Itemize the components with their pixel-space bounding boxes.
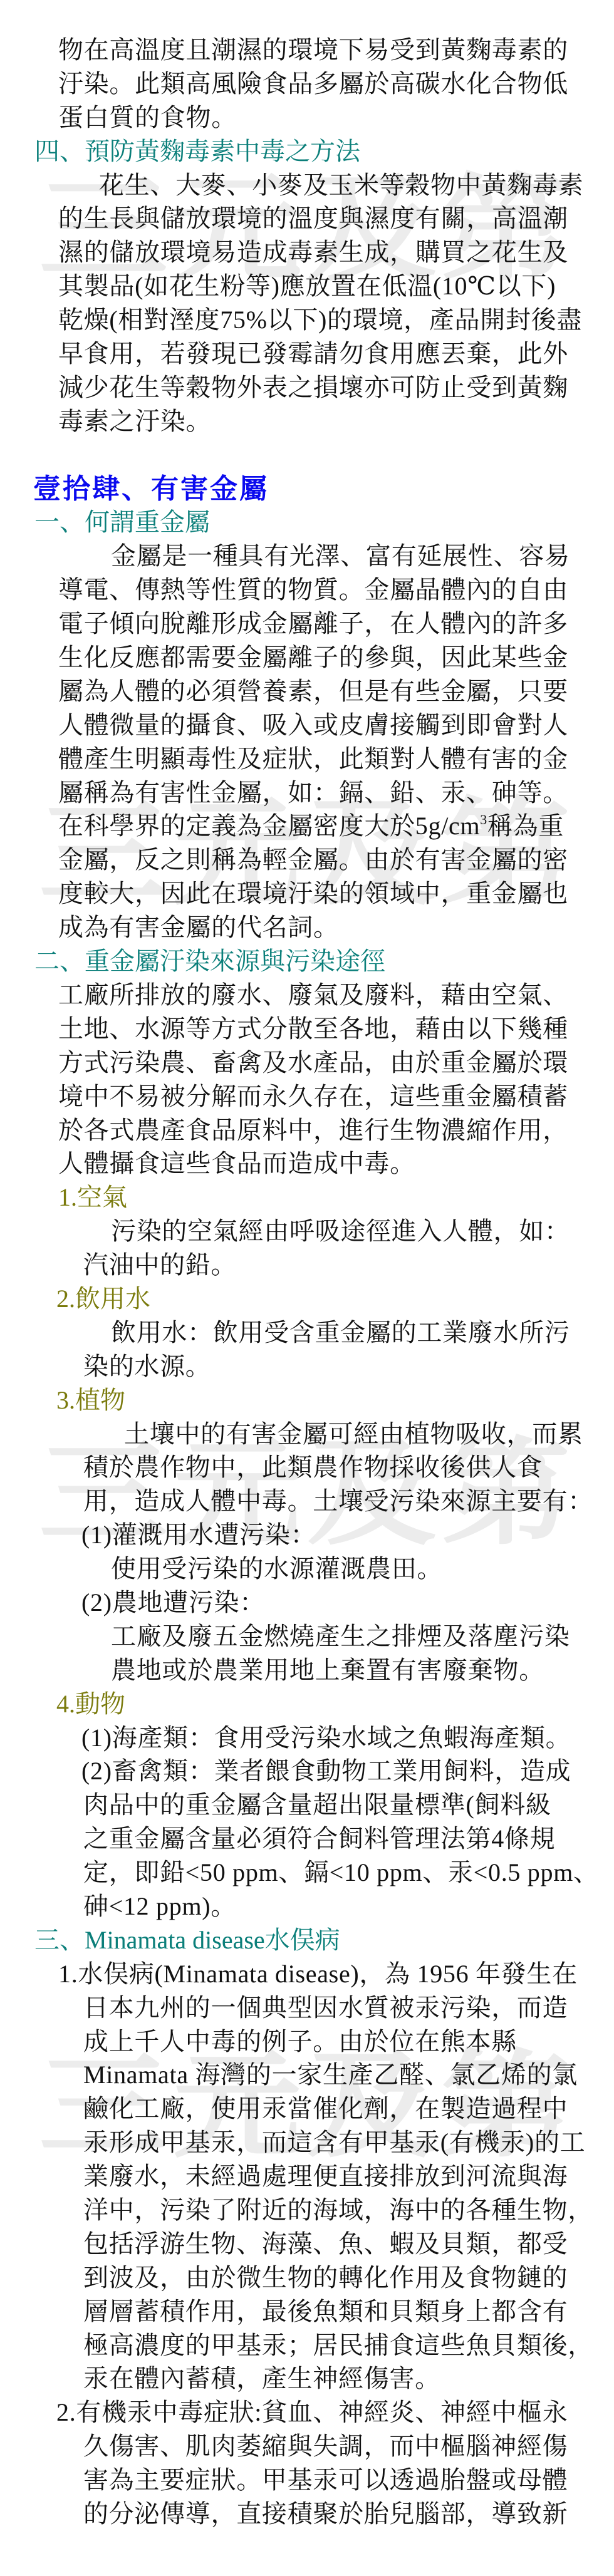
paragraph-line: 的分泌傳導，直接積聚於胎兒腦部，導致新 [0,2497,614,2531]
paragraph-line: 的生長與儲放環境的溫度與濕度有關，高溫潮 [0,202,614,235]
paragraph-line: 生化反應都需要金屬離子的參與，因此某些金 [0,641,614,675]
paragraph-line: 農地或於農業用地上棄置有害廢棄物。 [0,1653,614,1687]
paragraph-line: 汽油中的鉛。 [0,1248,614,1282]
paragraph-line: 成上千人中毒的例子。由於位在熊本縣 [0,2025,614,2059]
paragraph-line: 肉品中的重金屬含量超出限量標準(飼料級 [0,1788,614,1822]
chapter-title: 壹拾肆、有害金屬 [0,472,614,506]
paragraph-line: 體產生明顯毒性及症狀，此類對人體有害的金 [0,742,614,776]
paragraph-line: 層層蓄積作用，最後魚類和貝類身上都含有 [0,2295,614,2329]
paragraph-line: 早食用，若發現已發霉請勿食用應丟棄，此外 [0,337,614,371]
paragraph-line: 花生、大麥、小麥及玉米等穀物中黃麴毒素 [0,168,614,202]
paragraph-line: 汞在體內蓄積，產生神經傷害。 [0,2362,614,2396]
paragraph-line: 日本九州的一個典型因水質被汞污染，而造 [0,1991,614,2025]
sub-item-line: (1)灌溉用水遭污染： [0,1518,614,1552]
paragraph-line: 污染的空氣經由呼吸途徑進入人體，如： [0,1214,614,1248]
paragraph-line: 減少花生等穀物外表之損壞亦可防止受到黃麴 [0,371,614,405]
paragraph-line: 屬稱為有害性金屬，如：鎘、鉛、汞、砷等。 [0,776,614,810]
paragraph-line: 成為有害金屬的代名詞。 [0,911,614,944]
paragraph-line: 濕的儲放環境易造成毒素生成，購買之花生及 [0,235,614,269]
section-heading: 二、重金屬汙染來源與污染途徑 [0,944,614,978]
document-body: 物在高溫度且潮濕的環境下易受到黃麴毒素的 汙染。此類高風險食品多屬於高碳水化合物… [0,33,614,2531]
section-heading: 三、Minamata disease水俣病 [0,1923,614,1957]
paragraph-line: 工廠及廢五金燃燒產生之排煙及落塵污染 [0,1620,614,1653]
numbered-point: 2.有機汞中毒症狀:貧血、神經炎、神經中樞永 [0,2396,614,2429]
section-heading: 一、何謂重金屬 [0,505,614,539]
paragraph-line: 飲用水：飲用受含重金屬的工業廢水所污 [0,1316,614,1350]
paragraph-line: 砷<12 ppm)。 [0,1890,614,1923]
paragraph-line: 害為主要症狀。甲基汞可以透過胎盤或母體 [0,2463,614,2497]
paragraph-line: 用，造成人體中毒。土壤受污染來源主要有： [0,1484,614,1518]
numbered-point: 1.水俣病(Minamata disease)，為 1956 年發生在 [0,1957,614,1991]
paragraph-line: 鹼化工廠，使用汞當催化劑，在製造過程中 [0,2092,614,2126]
line-text: 在科學界的定義為金屬密度大於5g/cm [58,812,480,840]
paragraph-line: 包括浮游生物、海藻、魚、蝦及貝類，都受 [0,2227,614,2261]
paragraph-line: 方式污染農、畜禽及水產品，由於重金屬於環 [0,1046,614,1080]
paragraph-line: Minamata 海灣的一家生產乙醛、氯乙烯的氯 [0,2058,614,2092]
paragraph-line: 人體微量的攝食、吸入或皮膚接觸到即會對人 [0,708,614,742]
item-heading: 4.動物 [0,1687,614,1721]
sub-item-line: (1)海產類：食用受污染水域之魚蝦海產類。 [0,1721,614,1755]
paragraph-line: 汙染。此類高風險食品多屬於高碳水化合物低 [0,67,614,101]
item-heading: 1.空氣 [0,1181,614,1214]
paragraph-line: 極高濃度的甲基汞；居民捕食這些魚貝類後， [0,2329,614,2362]
paragraph-line: 物在高溫度且潮濕的環境下易受到黃麴毒素的 [0,33,614,67]
paragraph-line: 毒素之汙染。 [0,405,614,438]
paragraph-line: 金屬，反之則稱為輕金屬。由於有害金屬的密 [0,843,614,877]
paragraph-line: 汞形成甲基汞，而這含有甲基汞(有機汞)的工 [0,2126,614,2160]
sub-item-line: (2)畜禽類：業者餵食動物工業用飼料，造成 [0,1754,614,1788]
paragraph-line: 土地、水源等方式分散至各地，藉由以下幾種 [0,1012,614,1046]
paragraph-line: 電子傾向脫離形成金屬離子，在人體內的許多 [0,607,614,641]
paragraph-line: 到波及，由於微生物的轉化作用及食物鏈的 [0,2261,614,2295]
blank-line [0,438,614,472]
paragraph-line: 土壤中的有害金屬可經由植物吸收，而累 [0,1417,614,1451]
line-text: 稱為重 [487,812,564,840]
paragraph-line: 乾燥(相對溼度75%以下)的環境，產品開封後盡 [0,303,614,337]
paragraph-line: 久傷害、肌肉萎縮與失調，而中樞腦神經傷 [0,2429,614,2463]
paragraph-line: 使用受污染的水源灌溉農田。 [0,1552,614,1586]
paragraph-line: 蛋白質的食物。 [0,101,614,135]
paragraph-line: 屬為人體的必須營養素，但是有些金屬，只要 [0,675,614,708]
item-heading: 2.飲用水 [0,1282,614,1316]
paragraph-line: 度較大，因此在環境汙染的領域中，重金屬也 [0,877,614,911]
paragraph-line: 導電、傳熱等性質的物質。金屬晶體內的自由 [0,573,614,607]
paragraph-line: 業廢水，未經過處理便直接排放到河流與海 [0,2160,614,2193]
paragraph-line: 人體攝食這些食品而造成中毒。 [0,1147,614,1181]
paragraph-line: 於各式農產食品原料中，進行生物濃縮作用， [0,1114,614,1147]
paragraph-line: 工廠所排放的廢水、廢氣及廢料，藉由空氣、 [0,978,614,1012]
section-heading: 四、預防黃麴毒素中毒之方法 [0,135,614,168]
paragraph-line: 積於農作物中，此類農作物採收後供人食 [0,1451,614,1484]
paragraph-line: 洋中，污染了附近的海域，海中的各種生物， [0,2193,614,2227]
paragraph-line: 定，即鉛<50 ppm、鎘<10 ppm、汞<0.5 ppm、 [0,1856,614,1890]
paragraph-line: 染的水源。 [0,1350,614,1384]
item-heading: 3.植物 [0,1384,614,1417]
paragraph-line: 在科學界的定義為金屬密度大於5g/cm3稱為重 [0,809,614,843]
paragraph-line: 金屬是一種具有光澤、富有延展性、容易 [0,539,614,573]
document-page: 三元及第 三元及第 三元及第 三元及第 物在高溫度且潮濕的環境下易受到黃麴毒素的… [0,0,614,2576]
paragraph-line: 之重金屬含量必須符合飼料管理法第4條規 [0,1822,614,1856]
superscript: 3 [480,812,487,827]
sub-item-line: (2)農地遭污染： [0,1586,614,1620]
paragraph-line: 其製品(如花生粉等)應放置在低溫(10℃以下) [0,269,614,303]
paragraph-line: 境中不易被分解而永久存在，這些重金屬積蓄 [0,1080,614,1114]
